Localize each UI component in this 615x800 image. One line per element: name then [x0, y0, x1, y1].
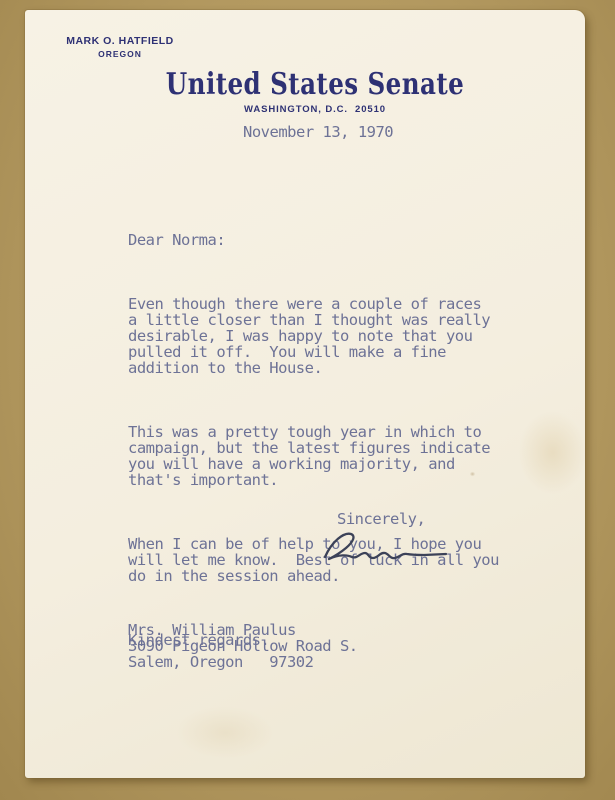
paragraph-2: This was a pretty tough year in which to…	[128, 424, 552, 488]
paper-stain	[155, 695, 295, 770]
letterhead-sender-block: MARK O. HATFIELD OREGON	[61, 35, 179, 59]
paragraph-1: Even though there were a couple of races…	[128, 296, 552, 376]
salutation: Dear Norma:	[128, 232, 552, 248]
sender-name: MARK O. HATFIELD	[61, 35, 179, 47]
letterhead-org-address: WASHINGTON, D.C. 20510	[45, 104, 585, 115]
letterhead-org-name: United States Senate	[94, 69, 537, 101]
scanner-background: { "page": { "background_color": "#b39960…	[0, 0, 615, 800]
sender-state: OREGON	[61, 49, 179, 59]
recipient-address: Mrs. William Paulus 3090 Pigeon Hollow R…	[128, 622, 358, 670]
signature-scribble-icon	[318, 529, 458, 569]
closing: Sincerely,	[337, 511, 425, 527]
letter-paper: MARK O. HATFIELD OREGON United States Se…	[25, 10, 585, 778]
letter-date: November 13, 1970	[243, 124, 393, 140]
